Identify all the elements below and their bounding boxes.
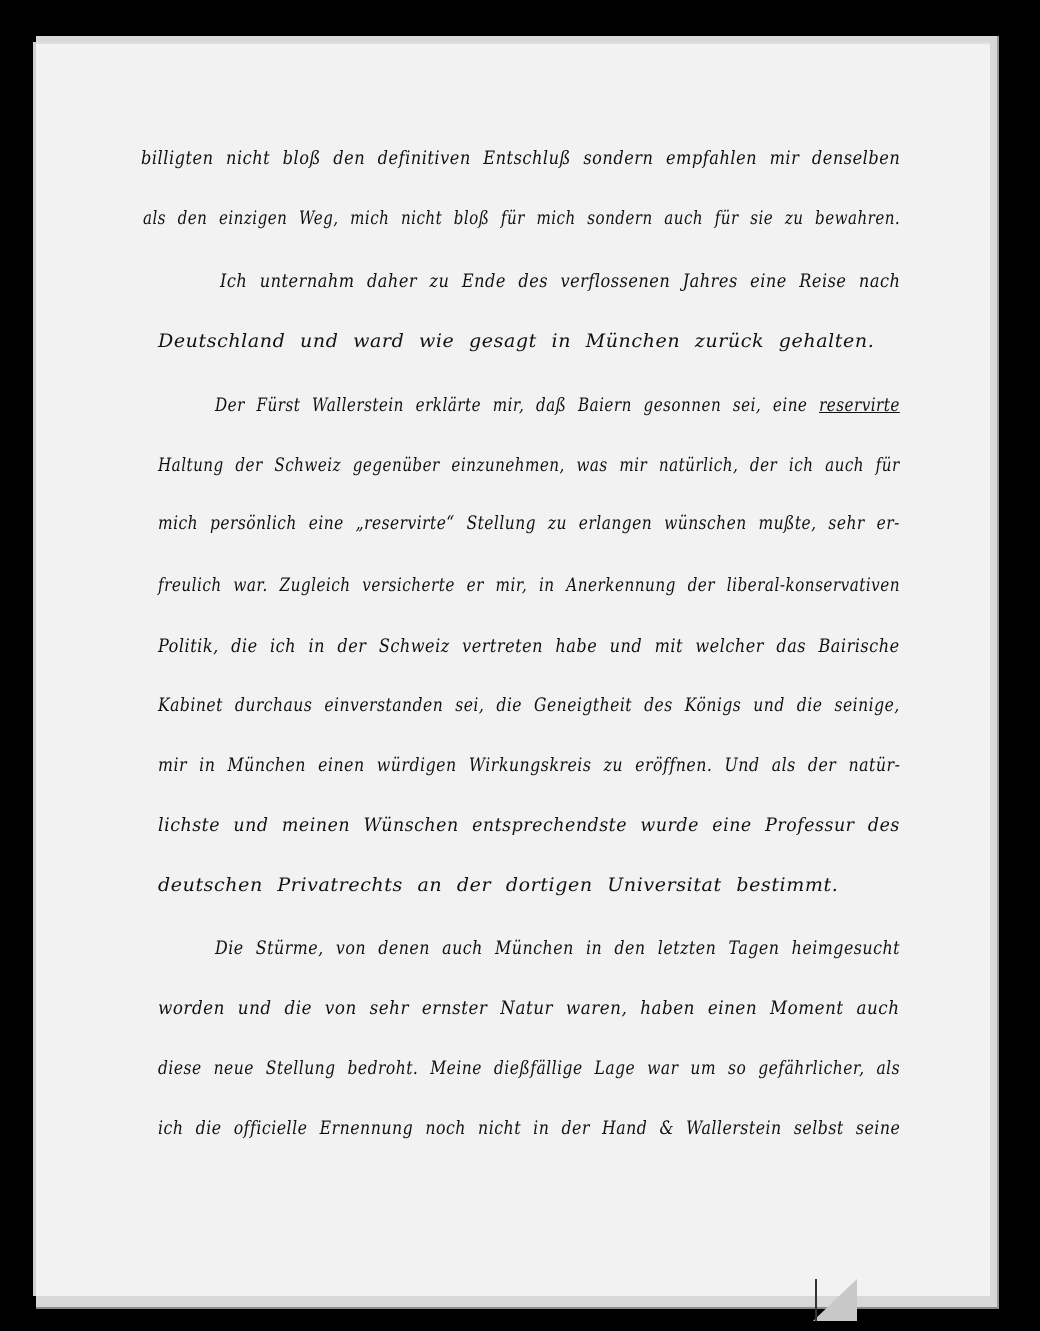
underlined-word: reservirte	[819, 394, 900, 416]
text-line-2: als den einzigen Weg, mich nicht bloß fü…	[143, 207, 900, 229]
text-line-15: worden und die von sehr ernster Natur wa…	[158, 997, 899, 1019]
text-line-12: lichste und meinen Wünschen entsprechend…	[158, 814, 900, 836]
text-line-6: Haltung der Schweiz gegenüber einzunehme…	[158, 454, 900, 476]
text-line-5-content: Der Fürst Wallerstein erklärte mir, daß …	[215, 394, 900, 416]
torn-paper-corner	[813, 1279, 857, 1321]
text-line-8: freulich war. Zugleich versicherte er mi…	[158, 574, 900, 596]
text-line-7: mich persönlich eine „reservirte“ Stellu…	[158, 512, 900, 534]
text-line-3: Ich unternahm daher zu Ende des verfloss…	[220, 270, 900, 292]
text-line-17: ich die officielle Ernennung noch nicht …	[158, 1117, 900, 1139]
text-line-5: Der Fürst Wallerstein erklärte mir, daß …	[215, 394, 900, 416]
text-line-13: deutschen Privatrechts an der dortigen U…	[158, 874, 838, 896]
manuscript-page: billigten nicht bloß den definitiven Ent…	[33, 42, 990, 1296]
text-line-11: mir in München einen würdigen Wirkungskr…	[158, 754, 900, 776]
text-line-4: Deutschland und ward wie gesagt in Münch…	[158, 330, 874, 352]
text-line-16: diese neue Stellung bedroht. Meine dießf…	[158, 1057, 900, 1079]
text-line-1: billigten nicht bloß den definitiven Ent…	[141, 147, 900, 169]
text-line-10: Kabinet durchaus einverstanden sei, die …	[158, 694, 900, 716]
torn-paper-edge	[815, 1279, 817, 1321]
text-line-14: Die Stürme, von denen auch München in de…	[215, 937, 900, 959]
text-line-9: Politik, die ich in der Schweiz vertrete…	[158, 635, 900, 657]
